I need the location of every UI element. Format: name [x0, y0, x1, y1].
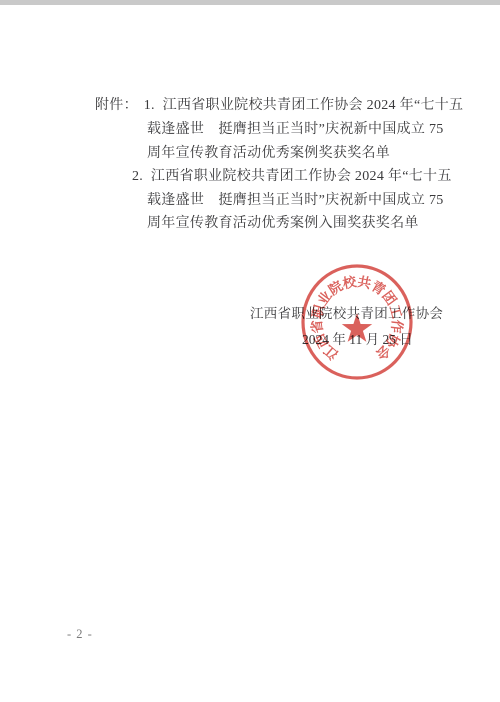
document-page: 附件： 1. 江西省职业院校共青团工作协会 2024 年“七十五 载逢盛世 挺膺…: [0, 0, 500, 702]
attachment-line-1: 附件： 1. 江西省职业院校共青团工作协会 2024 年“七十五: [95, 96, 463, 116]
attachment-line-5: 载逢盛世 挺膺担当正当时”庆祝新中国成立 75: [147, 191, 444, 211]
attachment-line-2: 载逢盛世 挺膺担当正当时”庆祝新中国成立 75: [147, 120, 444, 140]
attachment-item-2-number: 2.: [132, 169, 143, 184]
signature-date: 2024 年 11 月 25 日: [302, 331, 413, 350]
attachment-item-1-number: 1.: [144, 98, 155, 113]
attachment-item-2-text: 周年宣传教育活动优秀案例入围奖获奖名单: [147, 216, 419, 231]
attachment-label: 附件：: [95, 98, 138, 113]
seal-text-char: 院: [325, 277, 345, 298]
official-seal: 江西省职业院校共青团工作协会: [299, 262, 415, 386]
attachment-item-1-text: 周年宣传教育活动优秀案例奖获奖名单: [147, 146, 390, 161]
page-number: - 2 -: [67, 627, 93, 642]
attachment-item-1-text: 载逢盛世 挺膺担当正当时”庆祝新中国成立 75: [147, 122, 444, 137]
seal-text-char: 校: [340, 273, 358, 292]
signature-organization: 江西省职业院校共青团工作协会: [250, 305, 443, 324]
attachment-item-2-text: 载逢盛世 挺膺担当正当时”庆祝新中国成立 75: [147, 193, 444, 208]
attachment-item-1-text: 江西省职业院校共青团工作协会 2024 年“七十五: [163, 98, 464, 113]
seal-text-char: 青: [369, 277, 389, 298]
scan-edge-bar: [0, 0, 500, 5]
attachment-item-2-text: 江西省职业院校共青团工作协会 2024 年“七十五: [151, 169, 452, 184]
attachment-line-3: 周年宣传教育活动优秀案例奖获奖名单: [147, 144, 390, 164]
attachment-line-6: 周年宣传教育活动优秀案例入围奖获奖名单: [147, 214, 419, 234]
attachment-line-4: 2. 江西省职业院校共青团工作协会 2024 年“七十五: [132, 167, 452, 187]
seal-text-char: 共: [356, 274, 373, 291]
